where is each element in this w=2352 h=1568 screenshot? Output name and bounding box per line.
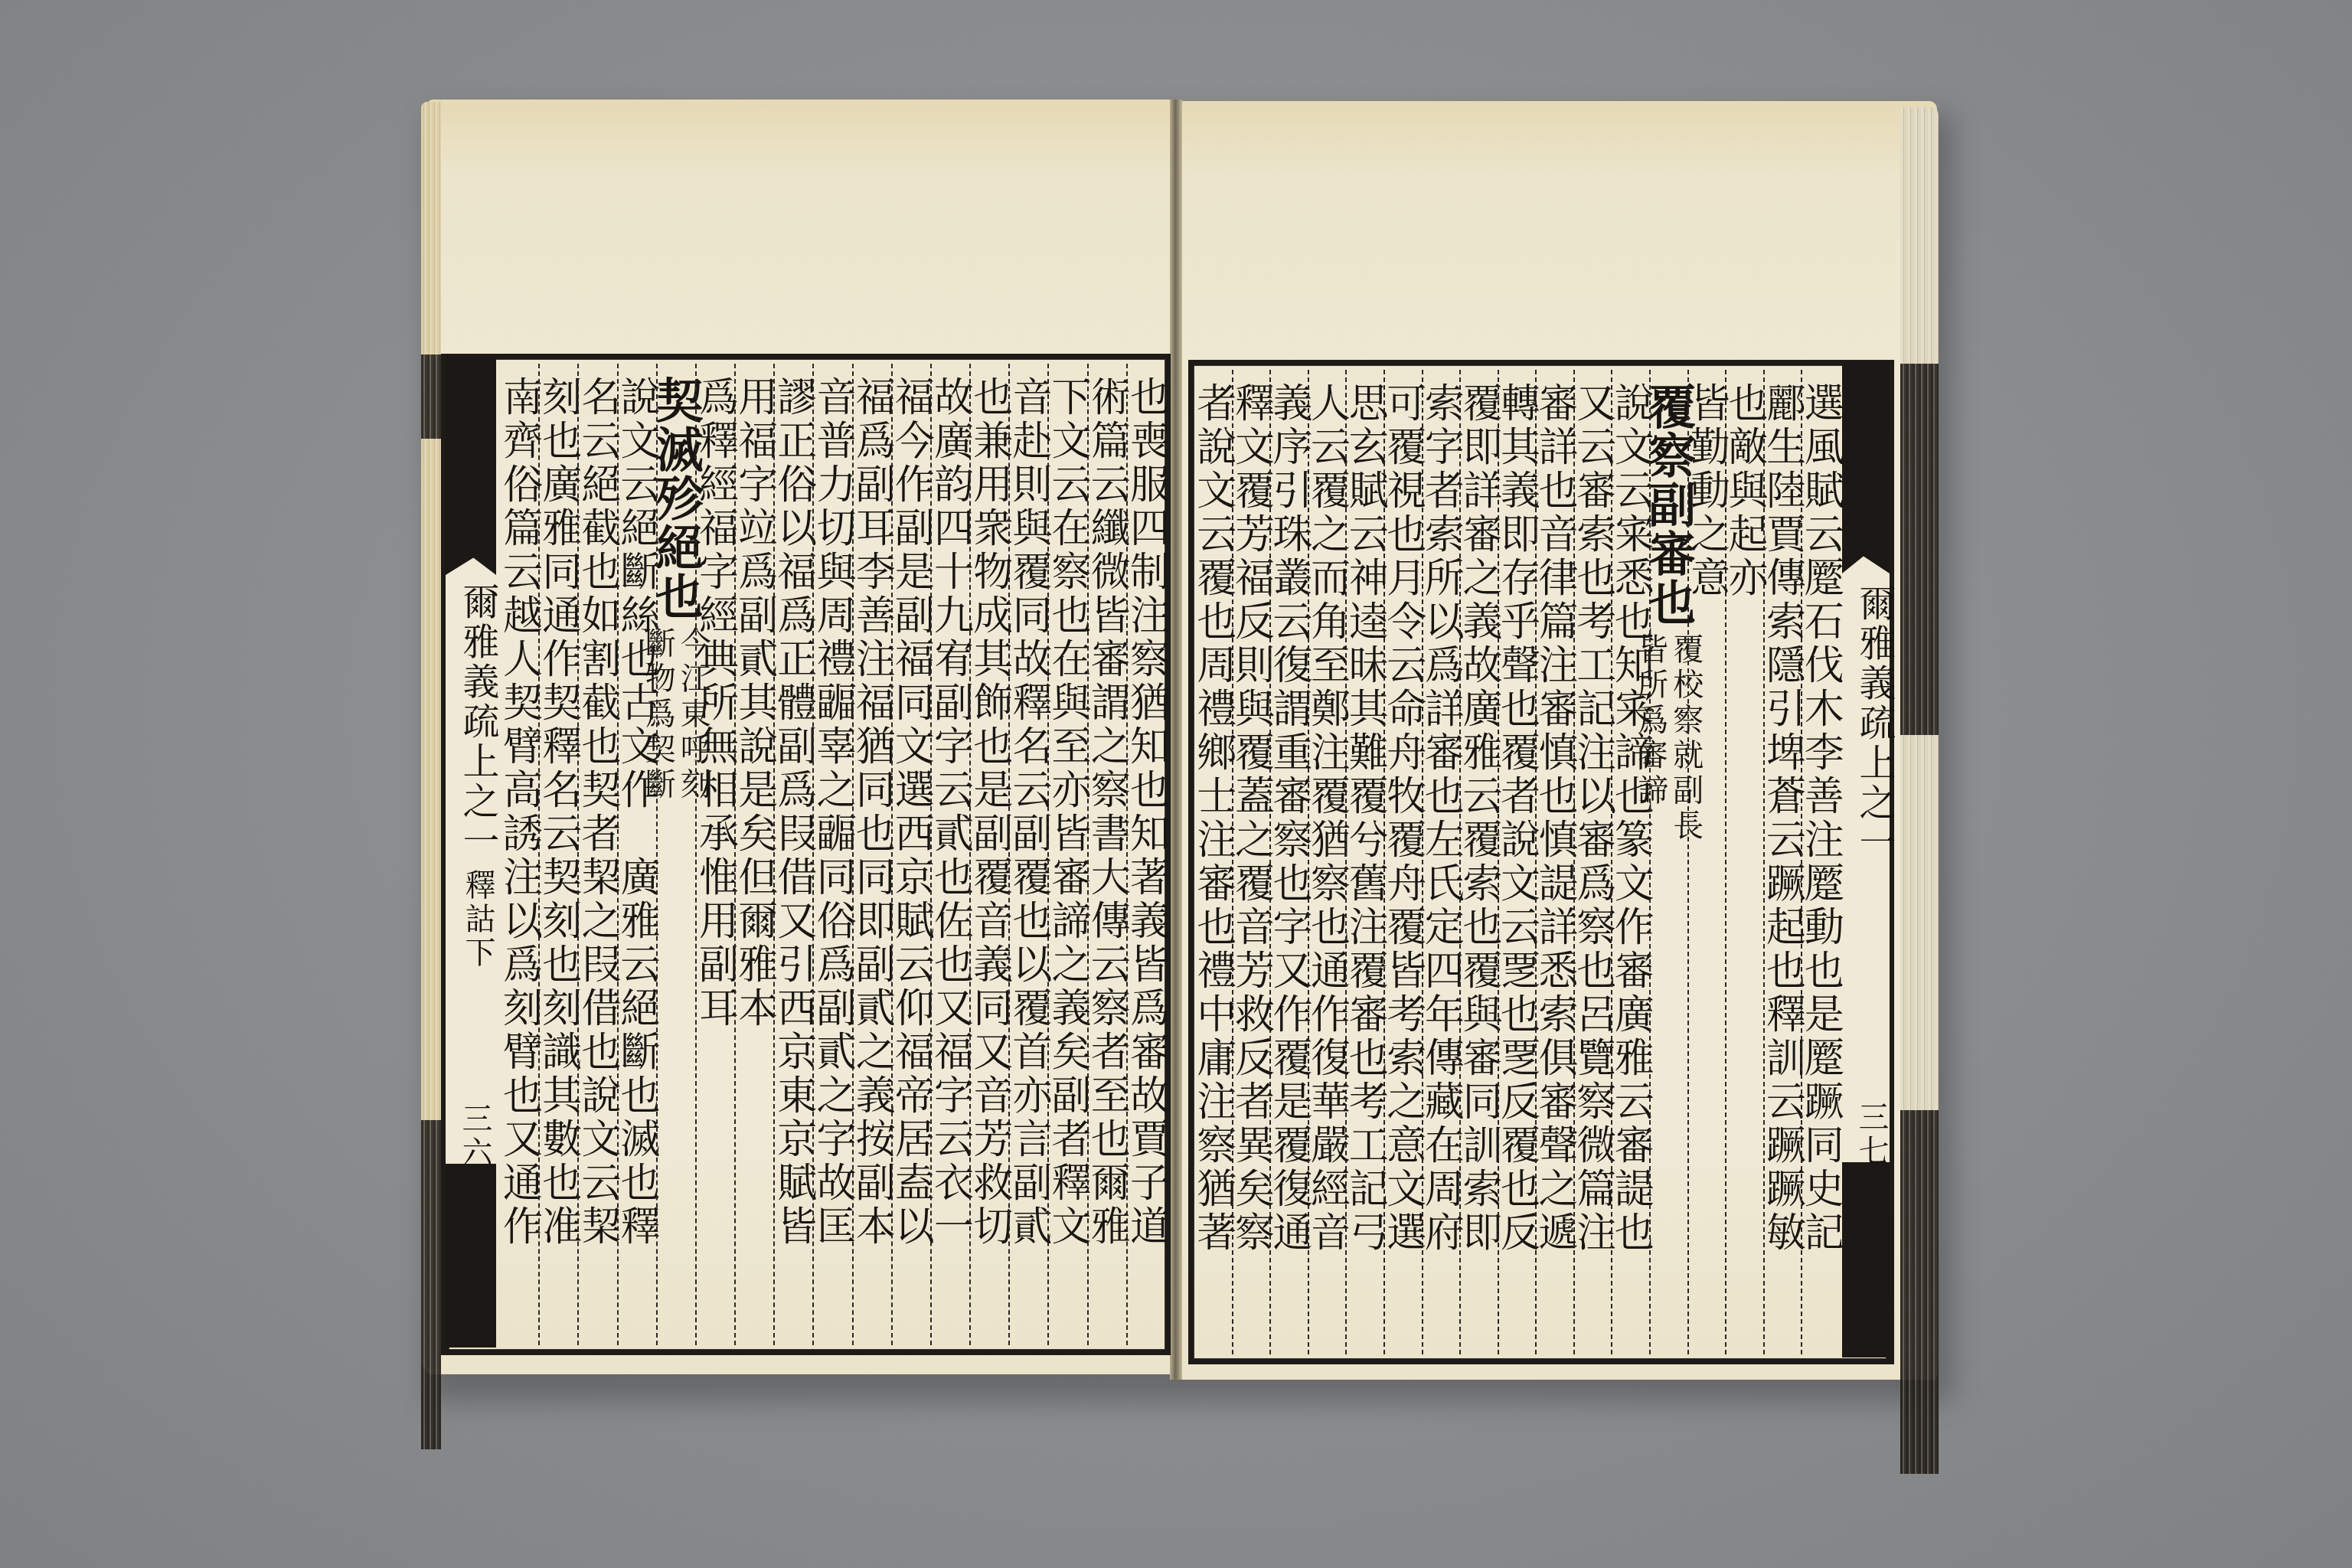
column-rule bbox=[617, 364, 619, 1345]
commentary-column: 下文云在察也在與至亦皆審諦之義矣副者釋文 bbox=[1047, 359, 1086, 1350]
book-gutter bbox=[1170, 100, 1182, 1380]
commentary-column: 審詳也音律篇注審慎也慎諟詳悉索俱審聲之遞 bbox=[1535, 365, 1573, 1359]
commentary-column: 者說文云覆也周禮鄉士注審也禮中庸注察猶著 bbox=[1194, 365, 1232, 1359]
column-rule bbox=[1763, 370, 1765, 1354]
commentary-column: 也喪服四制注察猶知也知著義皆爲審故賈子道 bbox=[1126, 359, 1165, 1350]
commentary-text: 覆即詳審之義故廣雅云覆索也覆與審同訓索即 bbox=[1459, 382, 1498, 1255]
left-folio-number: 三六 bbox=[453, 1102, 497, 1170]
commentary-text: 義序引珠叢云復謂重審察也字又作覆是覆復通 bbox=[1269, 382, 1308, 1255]
column-rule bbox=[1687, 370, 1689, 1354]
commentary-text: 用福字竝爲副貳其說是矣但爾雅本 bbox=[734, 376, 774, 1031]
commentary-text: 選風賦云蹷石伐木李善注蹷動也是蹷蹶同史記 bbox=[1800, 382, 1840, 1255]
column-rule bbox=[1535, 370, 1537, 1354]
column-rule bbox=[812, 364, 814, 1345]
column-rule bbox=[1269, 370, 1271, 1354]
column-rule bbox=[1573, 370, 1575, 1354]
commentary-text: 者說文云覆也周禮鄉士注審也禮中庸注察猶著 bbox=[1193, 382, 1233, 1255]
commentary-column: 福爲副耳李善注福猶同也同即副貳之義按副本 bbox=[852, 359, 891, 1350]
commentary-text: 可覆視也月令云命舟牧覆舟覆皆考索之意文選 bbox=[1383, 382, 1423, 1255]
right-banxin-column: 爾雅義疏上之一 三七 bbox=[1842, 362, 1890, 1356]
column-rule bbox=[1126, 364, 1128, 1345]
column-rule bbox=[1383, 370, 1385, 1354]
commentary-text: 也敵與起亦 bbox=[1724, 382, 1764, 600]
commentary-column: 皆勤動之意 bbox=[1687, 365, 1726, 1359]
column-rule bbox=[1422, 370, 1423, 1354]
left-text-frame: 爾雅義疏上之一 釋詁下 三六 南齊俗篇云越人契臂高誘注以爲刻臂也又通作刻也廣雅同… bbox=[441, 354, 1171, 1355]
commentary-text: 謬正俗以福爲正體副爲叚借又引西京東京賦皆 bbox=[773, 376, 813, 1249]
commentary-text: 福爲副耳李善注福猶同也同即副貳之義按副本 bbox=[851, 376, 891, 1249]
commentary-column: 酈生陸賈傳索隱引埤蒼云蹶起也釋訓云蹶蹶敏 bbox=[1763, 365, 1802, 1359]
commentary-text: 名云絕截也如割截也契者栔之叚借也說文云栔 bbox=[577, 376, 617, 1249]
commentary-text: 皆勤動之意 bbox=[1686, 382, 1726, 600]
column-rule bbox=[1087, 364, 1089, 1345]
commentary-column: 謬正俗以福爲正體副爲叚借又引西京東京賦皆 bbox=[773, 359, 812, 1350]
commentary-column: 也敵與起亦 bbox=[1725, 365, 1763, 1359]
left-banxin-column: 爾雅義疏上之一 釋詁下 三六 bbox=[446, 356, 496, 1347]
commentary-column: 思玄賦云神逵昧其難覆兮舊注覆審也考工記弓 bbox=[1345, 365, 1383, 1359]
column-rule bbox=[1345, 370, 1347, 1354]
commentary-text: 爲釋經福字經典所無相承惟用副耳 bbox=[694, 376, 734, 1031]
right-text-frame: 爾雅義疏上之一 三七 者說文云覆也周禮鄉士注審也禮中庸注察猶著釋文覆芳福反則與覆… bbox=[1188, 360, 1894, 1364]
column-rule bbox=[773, 364, 775, 1345]
commentary-column: 音赴則與覆同故釋名云副覆也以覆首亦言副貳 bbox=[1008, 359, 1047, 1350]
commentary-text: 福今作副是副福同文選西京賦云仰福帝居盍以 bbox=[890, 376, 930, 1249]
commentary-column: 術篇云纖微皆審謂之察書大傳云察者至也爾雅 bbox=[1087, 359, 1126, 1350]
column-rule bbox=[1232, 370, 1233, 1354]
commentary-text: 思玄賦云神逵昧其難覆兮舊注覆審也考工記弓 bbox=[1344, 382, 1384, 1255]
column-rule bbox=[538, 364, 540, 1345]
column-rule bbox=[1801, 370, 1802, 1354]
column-rule bbox=[1459, 370, 1461, 1354]
commentary-text: 南齊俗篇云越人契臂高誘注以爲刻臂也又通作 bbox=[499, 376, 539, 1249]
column-rule bbox=[1008, 364, 1010, 1345]
commentary-column: 選風賦云蹷石伐木李善注蹷動也是蹷蹶同史記 bbox=[1801, 365, 1839, 1359]
column-rule bbox=[1498, 370, 1499, 1354]
commentary-text: 術篇云纖微皆審謂之察書大傳云察者至也爾雅 bbox=[1086, 376, 1126, 1249]
column-rule bbox=[1725, 370, 1726, 1354]
right-page-edge-stack bbox=[1900, 107, 1939, 1378]
commentary-text: 酈生陸賈傳索隱引埤蒼云蹶起也釋訓云蹶蹶敏 bbox=[1762, 382, 1802, 1255]
left-columns-container: 南齊俗篇云越人契臂高誘注以爲刻臂也又通作刻也廣雅同通作契釋名云契刻也刻識其數也准… bbox=[499, 359, 1165, 1350]
interlinear-note-line: 斷物爲契斷 bbox=[642, 627, 673, 803]
left-section-label: 釋詁下 bbox=[456, 869, 500, 970]
column-rule bbox=[695, 364, 697, 1345]
column-rule bbox=[1611, 370, 1612, 1354]
commentary-text: 也兼用衆物成其飾也是副覆音義同又音芳救切 bbox=[969, 376, 1009, 1249]
headword-column: 覆察副審也覆校察就副長皆所爲審諦 bbox=[1649, 365, 1687, 1359]
commentary-column: 也兼用衆物成其飾也是副覆音義同又音芳救切 bbox=[969, 359, 1008, 1350]
commentary-column: 又云審索也考工記注以審爲察也呂覽察微篇注 bbox=[1573, 365, 1612, 1359]
column-rule bbox=[656, 364, 658, 1345]
commentary-column: 爲釋經福字經典所無相承惟用副耳 bbox=[695, 359, 734, 1350]
column-rule bbox=[1047, 364, 1049, 1345]
commentary-column: 人云覆之而角至鄭注覆猶察也通作復華嚴經音 bbox=[1308, 365, 1346, 1359]
commentary-text: 故廣韵四十九宥副字云貳也佐也又福字云衣一 bbox=[930, 376, 970, 1249]
commentary-column: 釋文覆芳福反則與覆蓋之覆音芳救反者異矣察 bbox=[1232, 365, 1270, 1359]
column-rule bbox=[891, 364, 893, 1345]
commentary-text: 音普力切與周禮疈辜之疈同俗爲副貳之字故匡 bbox=[812, 376, 852, 1249]
commentary-column: 義序引珠叢云復謂重審察也字又作覆是覆復通 bbox=[1269, 365, 1308, 1359]
column-rule bbox=[969, 364, 971, 1345]
commentary-column: 南齊俗篇云越人契臂高誘注以爲刻臂也又通作 bbox=[499, 359, 538, 1350]
commentary-text: 下文云在察也在與至亦皆審諦之義矣副者釋文 bbox=[1047, 376, 1087, 1249]
commentary-text: 索字者索所以爲詳審也左氏定四年傳藏在周府 bbox=[1420, 382, 1460, 1255]
commentary-column: 索字者索所以爲詳審也左氏定四年傳藏在周府 bbox=[1422, 365, 1460, 1359]
commentary-column: 福今作副是副福同文選西京賦云仰福帝居盍以 bbox=[891, 359, 930, 1350]
column-rule bbox=[577, 364, 579, 1345]
commentary-column: 覆即詳審之義故廣雅云覆索也覆與審同訓索即 bbox=[1459, 365, 1498, 1359]
commentary-column: 轉其義即存乎聲也覆者說文云覂也覂反覆也反 bbox=[1498, 365, 1536, 1359]
commentary-column: 用福字竝爲副貳其說是矣但爾雅本 bbox=[734, 359, 773, 1350]
commentary-text: 轉其義即存乎聲也覆者說文云覂也覂反覆也反 bbox=[1497, 382, 1537, 1255]
commentary-column: 刻也廣雅同通作契釋名云契刻也刻識其數也准 bbox=[538, 359, 577, 1350]
right-columns-container: 者說文云覆也周禮鄉士注審也禮中庸注察猶著釋文覆芳福反則與覆蓋之覆音芳救反者異矣察… bbox=[1194, 365, 1839, 1359]
column-rule bbox=[1308, 370, 1309, 1354]
column-rule bbox=[930, 364, 932, 1345]
column-rule bbox=[852, 364, 854, 1345]
commentary-text: 音赴則與覆同故釋名云副覆也以覆首亦言副貳 bbox=[1008, 376, 1048, 1249]
commentary-column: 故廣韵四十九宥副字云貳也佐也又福字云衣一 bbox=[930, 359, 969, 1350]
commentary-column: 名云絕截也如割截也契者栔之叚借也說文云栔 bbox=[577, 359, 616, 1350]
right-running-title: 爾雅義疏上之一 bbox=[1848, 584, 1901, 863]
commentary-text: 也喪服四制注察猶知也知著義皆爲審故賈子道 bbox=[1125, 376, 1165, 1249]
commentary-text: 人云覆之而角至鄭注覆猶察也通作復華嚴經音 bbox=[1307, 382, 1347, 1255]
column-rule bbox=[734, 364, 736, 1345]
commentary-column: 可覆視也月令云命舟牧覆舟覆皆考索之意文選 bbox=[1383, 365, 1422, 1359]
commentary-text: 審詳也音律篇注審慎也慎諟詳悉索俱審聲之遞 bbox=[1534, 382, 1574, 1255]
commentary-text: 又云審索也考工記注以審爲察也呂覽察微篇注 bbox=[1573, 382, 1612, 1255]
left-page-edge-stack bbox=[421, 102, 441, 1369]
commentary-text: 刻也廣雅同通作契釋名云契刻也刻識其數也准 bbox=[538, 376, 578, 1249]
headword-column: 契滅殄絕也今江東呼刻斷物爲契斷 bbox=[656, 359, 695, 1350]
commentary-column: 音普力切與周禮疈辜之疈同俗爲副貳之字故匡 bbox=[812, 359, 851, 1350]
commentary-text: 釋文覆芳福反則與覆蓋之覆音芳救反者異矣察 bbox=[1230, 382, 1270, 1255]
column-rule bbox=[1649, 370, 1651, 1354]
right-folio-number: 三七 bbox=[1850, 1101, 1893, 1168]
